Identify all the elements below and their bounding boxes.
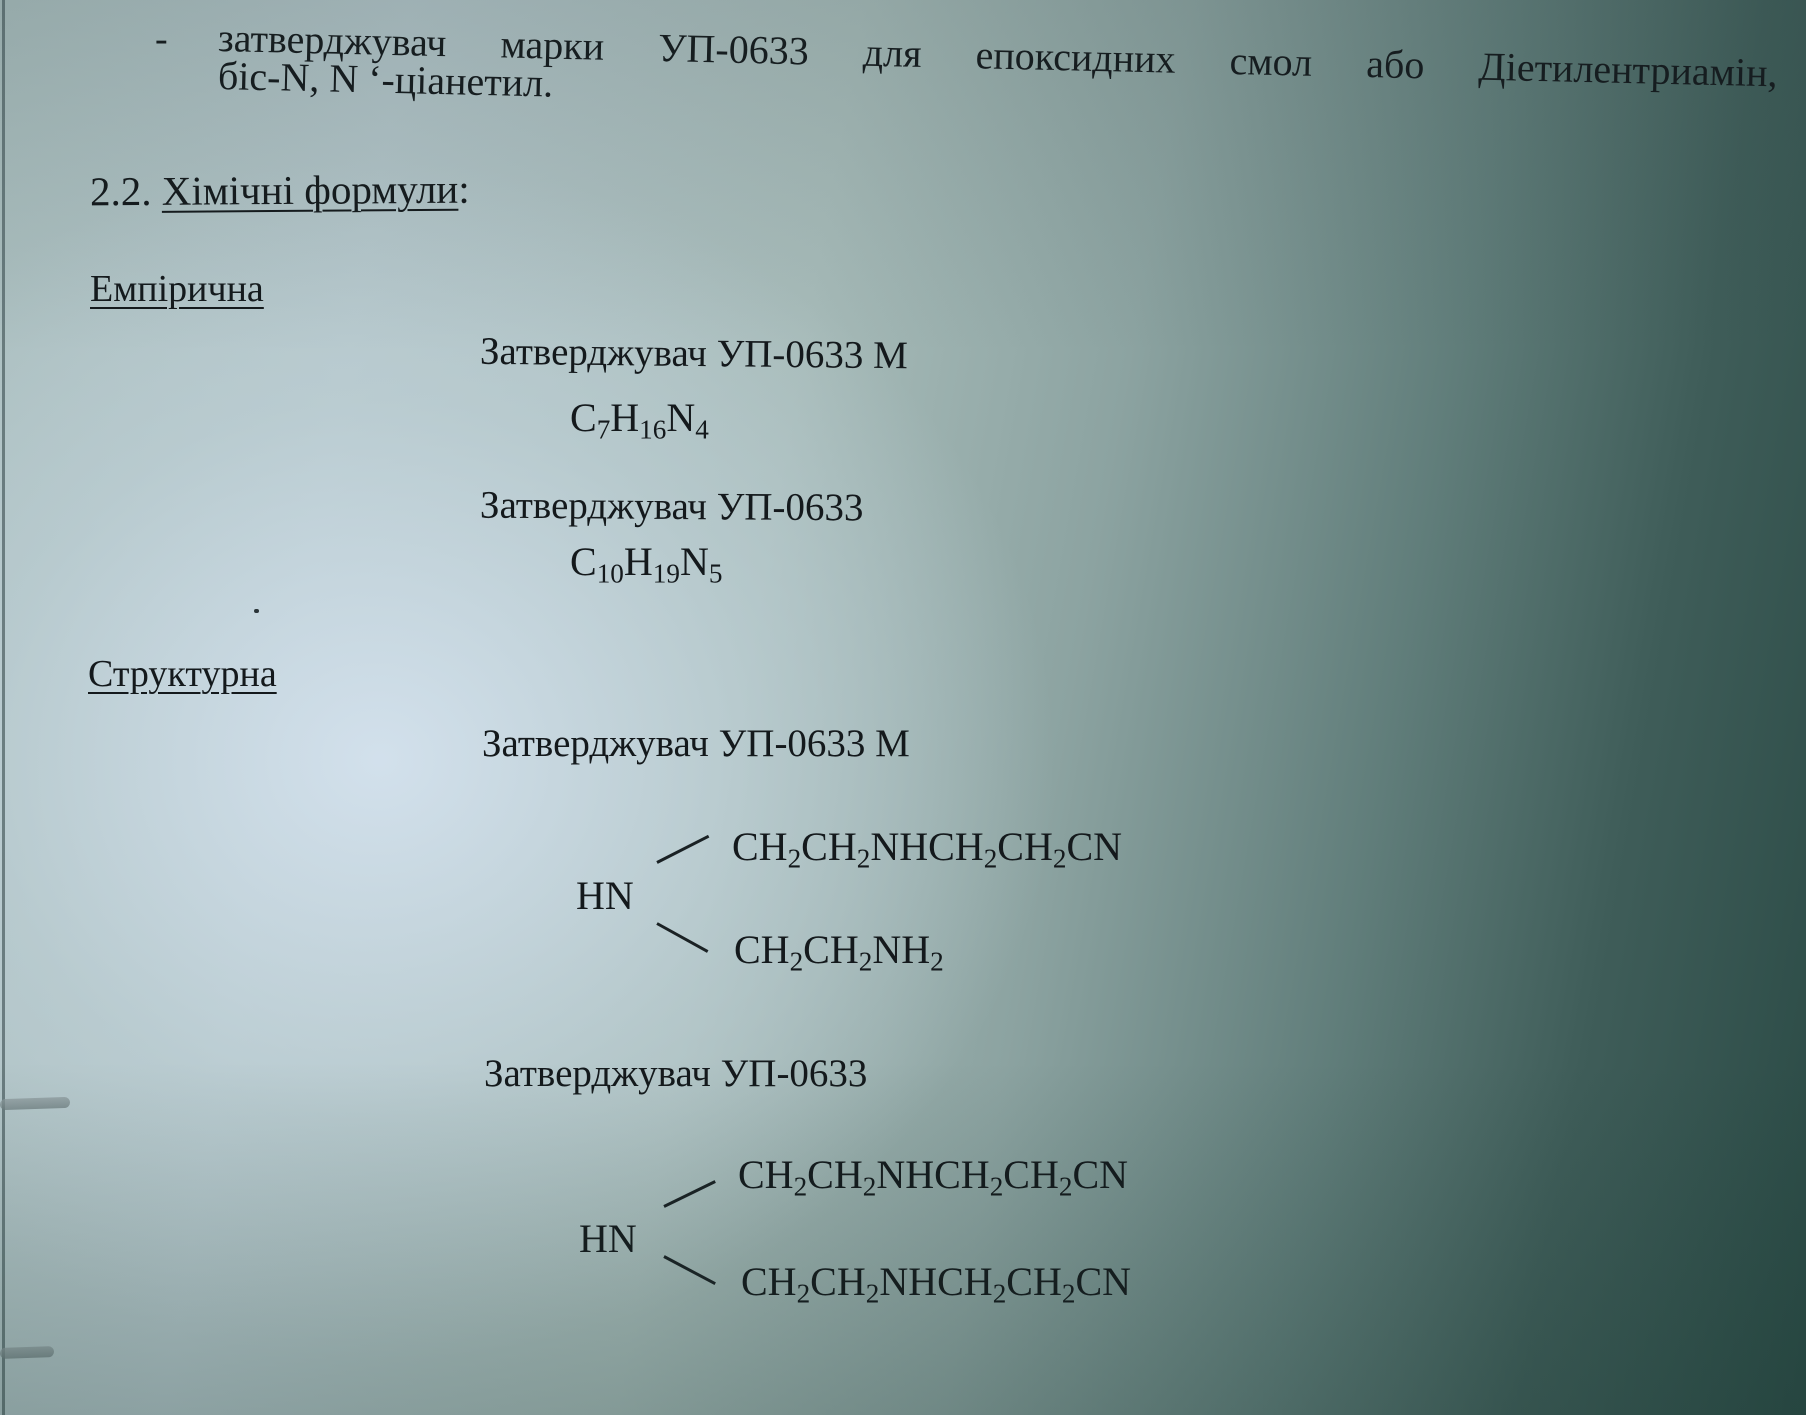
intro-word: епоксидних bbox=[975, 35, 1176, 80]
bond-lower-2 bbox=[663, 1255, 716, 1285]
paper-speck bbox=[254, 609, 259, 613]
section-title: 2.2. Хімічні формули: bbox=[90, 169, 470, 213]
empirical-formula-1: C7H16N4 bbox=[570, 398, 709, 438]
intro-word: або bbox=[1366, 44, 1425, 85]
section-number: 2.2. bbox=[90, 168, 152, 214]
intro-word: смол bbox=[1229, 41, 1312, 83]
structural-center-1: HN bbox=[576, 876, 634, 916]
structural-upper-branch-1: CH2CH2NHCH2CH2CN bbox=[732, 827, 1122, 867]
empirical-formula-2: C10H19N5 bbox=[570, 542, 722, 582]
bullet-dash: - bbox=[155, 20, 168, 58]
binding-clip-bottom bbox=[0, 1346, 54, 1359]
structural-lower-branch-2: CH2CH2NHCH2CH2CN bbox=[741, 1262, 1131, 1302]
empirical-heading: Емпірична bbox=[90, 270, 264, 308]
structural-label-2: Затверджувач УП-0633 bbox=[484, 1054, 867, 1093]
intro-word: для bbox=[862, 33, 922, 74]
section-title-text: Хімічні формули bbox=[162, 166, 459, 214]
bond-lower-1 bbox=[656, 922, 708, 953]
bond-upper-1 bbox=[656, 835, 709, 864]
section-colon: : bbox=[458, 166, 470, 212]
page-edge bbox=[2, 0, 5, 1415]
empirical-label-2: Затверджувач УП-0633 bbox=[480, 486, 864, 528]
structural-upper-branch-2: CH2CH2NHCH2CH2CN bbox=[738, 1155, 1128, 1195]
binding-clip-top bbox=[0, 1097, 70, 1110]
structural-heading: Структурна bbox=[88, 655, 277, 693]
intro-word: Діетилентриамін, bbox=[1478, 47, 1778, 94]
empirical-label-1: Затверджувач УП-0633 М bbox=[480, 332, 908, 375]
structural-center-2: HN bbox=[579, 1219, 637, 1259]
intro-line-2: біс-N, N ‘-ціанетил. bbox=[218, 56, 554, 104]
structural-label-1: Затверджувач УП-0633 М bbox=[482, 724, 910, 763]
intro-word: УП-0633 bbox=[658, 28, 809, 71]
bond-upper-2 bbox=[663, 1180, 716, 1208]
structural-lower-branch-1: CH2CH2NH2 bbox=[734, 930, 944, 970]
